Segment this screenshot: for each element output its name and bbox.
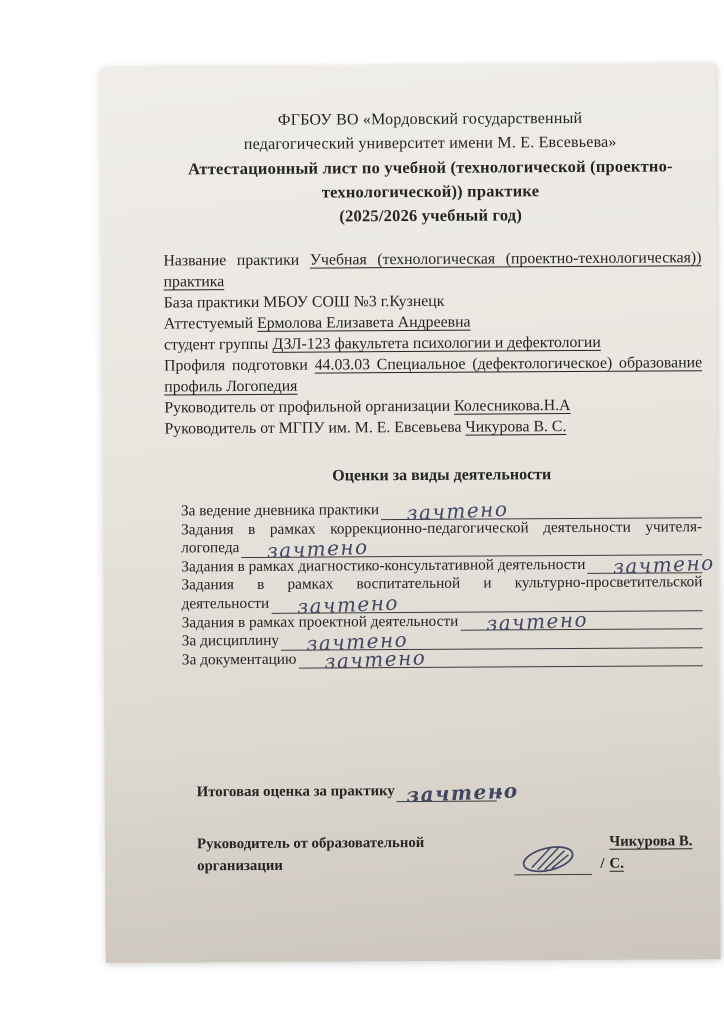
handwritten-grade: зачтено	[486, 609, 589, 635]
final-grade-line: Итоговая оценка за практику зачтено .	[105, 778, 720, 804]
field-value: ДЗЛ-123 факультета психологии и дефектол…	[272, 334, 600, 353]
grades-heading: Оценки за виды деятельности	[103, 463, 718, 488]
ruled-line: зачтено	[587, 573, 702, 575]
grade-line-diary: За ведение дневника практикизачтено	[181, 499, 702, 521]
field-university-supervisor: Руководитель от МГПУ им. М. Е. Евсевьева…	[164, 415, 702, 439]
grade-line-project: Задания в рамках проектной деятельностиз…	[182, 611, 703, 633]
field-label: Руководитель от МГПУ им. М. Е. Евсевьева	[164, 419, 465, 438]
field-value: практика	[164, 273, 225, 290]
field-practice-name-line1: Название практики Учебная (технологическ…	[163, 247, 701, 271]
document-title-line1: Аттестационный лист по учебной (технолог…	[163, 154, 698, 181]
document-page: ФГБОУ ВО «Мордовский государственный пед…	[100, 64, 720, 963]
org-name-line1: ФГБОУ ВО «Мордовский государственный	[163, 106, 698, 133]
grade-label: логопеда	[181, 539, 239, 558]
grade-label: Задания в рамках диагностико-консультати…	[181, 556, 585, 577]
field-value: профиль Логопедия	[164, 378, 297, 396]
field-label: студент группы	[164, 336, 273, 354]
handwritten-grade: зачтено	[324, 647, 427, 673]
grade-line-discipline: За дисциплинузачтено	[182, 629, 703, 651]
signature-scribble-icon	[516, 838, 580, 883]
document-title-line2: технологической)) практике	[163, 178, 698, 205]
info-section: Название практики Учебная (технологическ…	[101, 247, 717, 440]
university-header: ФГБОУ ВО «Мордовский государственный пед…	[101, 106, 717, 230]
field-value: Учебная (технологическая (проектно-техно…	[310, 249, 702, 268]
document-title-line3: (2025/2026 учебный год)	[163, 202, 698, 229]
signature-line: Руководитель от образовательной организа…	[105, 830, 720, 878]
org-name-line2: педагогический университет имени М. Е. Е…	[163, 130, 698, 157]
field-value: Колесникова.Н.А	[454, 397, 571, 415]
handwritten-grade: зачтено	[296, 591, 399, 617]
handwritten-grade: зачтено	[267, 536, 370, 562]
field-label: Название практики	[163, 252, 309, 270]
final-grade-label: Итоговая оценка за практику	[197, 780, 395, 803]
field-training-profile-line1: Профиля подготовки 44.03.03 Специальное …	[164, 352, 702, 376]
grades-section: За ведение дневника практикизачтено Зада…	[103, 499, 719, 670]
slash-separator: /	[600, 853, 604, 875]
grade-label: За ведение дневника практики	[181, 501, 379, 521]
ruled-line: зачтено	[298, 666, 702, 669]
field-value: Ермолова Елизавета Андреевна	[257, 314, 471, 332]
field-value: 44.03.03 Специальное (дефектологическое)…	[315, 354, 703, 373]
field-label: Аттестуемый	[164, 315, 257, 333]
grade-line-cultural-part2: деятельности зачтено	[181, 592, 702, 614]
ruled-line: зачтено	[397, 801, 497, 803]
handwritten-final-grade: зачтено	[406, 780, 519, 807]
handwritten-grade: зачтено	[613, 552, 716, 578]
grade-line-documentation: За документацию зачтено	[182, 648, 703, 670]
handwritten-grade: зачтено	[406, 497, 509, 523]
grade-label: За дисциплину	[182, 632, 279, 651]
signature-blank	[514, 874, 592, 875]
field-label: Профиля подготовки	[164, 357, 315, 375]
signature-name: Чикурова В. С.	[609, 831, 710, 876]
signature-label: Руководитель от образовательной организа…	[197, 832, 512, 878]
grade-line-diagnostic: Задания в рамках диагностико-консультати…	[181, 555, 702, 577]
grade-label: За документацию	[182, 651, 297, 670]
field-value: Чикурова В. С.	[465, 418, 566, 436]
photo-background: ФГБОУ ВО «Мордовский государственный пед…	[0, 0, 724, 1024]
grade-label: деятельности	[181, 595, 269, 614]
field-label: Руководитель от профильной организации	[164, 398, 454, 417]
field-label: База практики МБОУ СОШ №3 г.Кузнецк	[164, 293, 445, 312]
